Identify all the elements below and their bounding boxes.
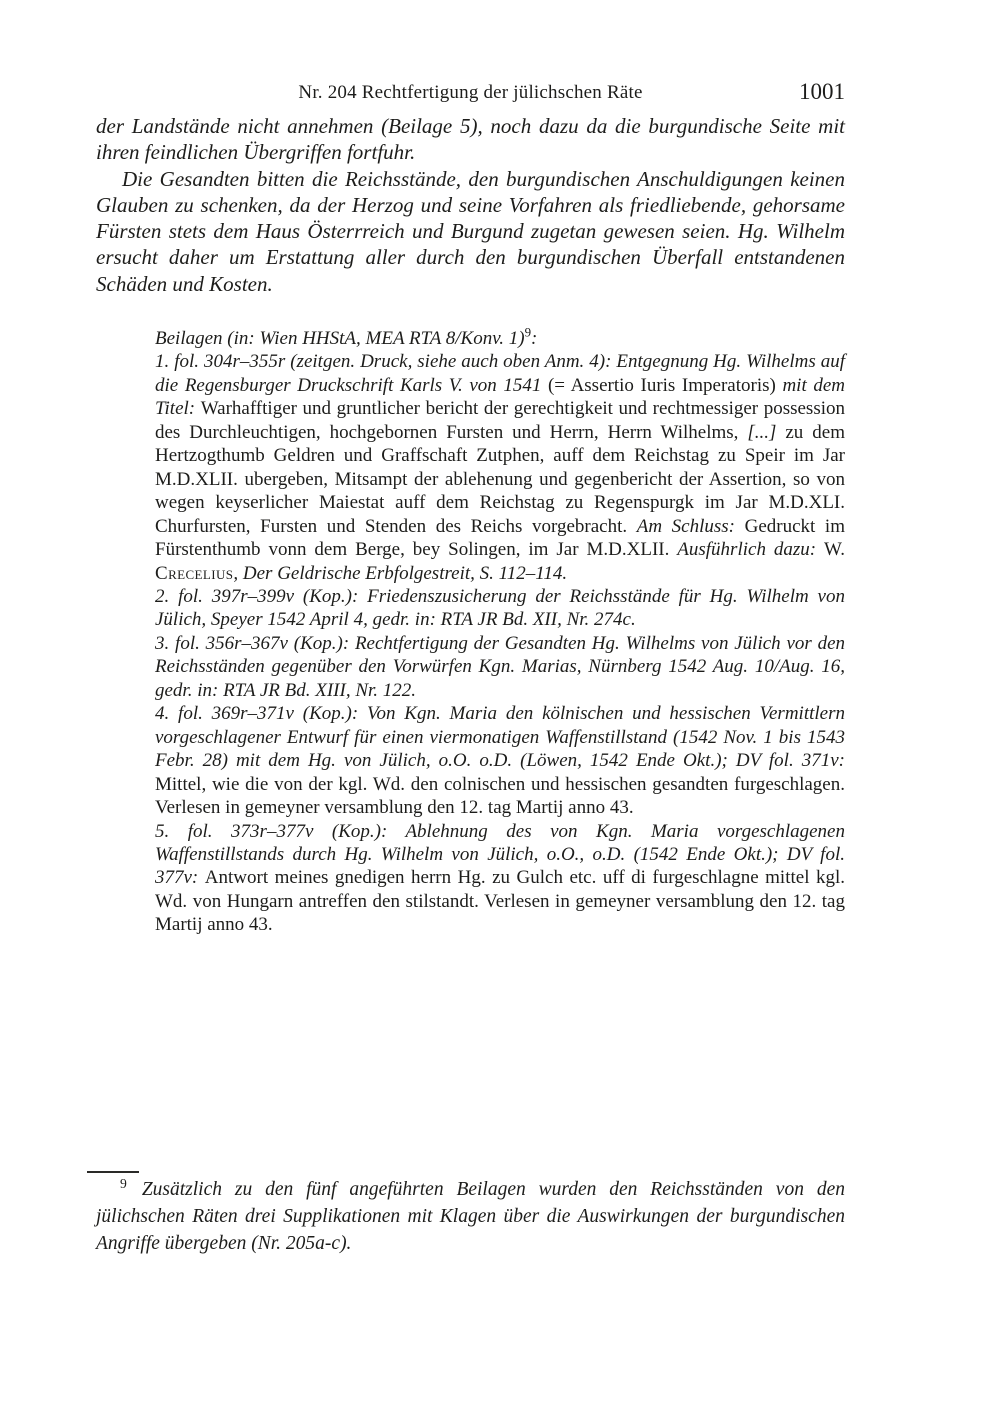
text-run: Mittel, wie die von der kgl. Wd. den col… bbox=[155, 774, 845, 818]
footnote-area: 9Zusätzlich zu den fünf angeführten Beil… bbox=[96, 1171, 845, 1257]
beilagen-section: Beilagen (in: Wien HHStA, MEA RTA 8/Konv… bbox=[155, 327, 845, 937]
book-page: Nr. 204 Rechtfertigung der jülichschen R… bbox=[0, 0, 1004, 1418]
beilagen-item-4: 4. fol. 369r–371v (Kop.): Von Kgn. Maria… bbox=[155, 702, 845, 819]
text-run: (= Assertio Iuris Imperatoris) bbox=[548, 375, 782, 396]
footnote: 9Zusätzlich zu den fünf angeführten Beil… bbox=[96, 1176, 845, 1257]
text-run: W. bbox=[824, 539, 845, 560]
regest-text: der Landstände nicht annehmen (Beilage 5… bbox=[96, 113, 845, 297]
text-run: Crecelius bbox=[155, 563, 233, 584]
footnote-text: Zusätzlich zu den fünf angeführten Beila… bbox=[96, 1179, 845, 1254]
beilagen-item-1: 1. fol. 304r–355r (zeitgen. Druck, siehe… bbox=[155, 350, 845, 585]
running-header: Nr. 204 Rechtfertigung der jülichschen R… bbox=[96, 80, 845, 106]
page-header: Nr. 204 Rechtfertigung der jülichschen R… bbox=[96, 80, 845, 106]
text-run: , Der Geldrische Erbfolgestreit, S. 112–… bbox=[233, 563, 567, 584]
text-run: 2. fol. 397r–399v (Kop.): Friedenszusich… bbox=[155, 586, 845, 630]
text-run: Ausführlich dazu: bbox=[677, 539, 824, 560]
page-number: 1001 bbox=[799, 79, 845, 105]
beilagen-heading: Beilagen (in: Wien HHStA, MEA RTA 8/Konv… bbox=[155, 327, 845, 350]
beilagen-item-5: 5. fol. 373r–377v (Kop.): Ablehnung des … bbox=[155, 820, 845, 937]
regest-paragraph-1: der Landstände nicht annehmen (Beilage 5… bbox=[96, 113, 845, 166]
regest-paragraph-2: Die Gesandten bitten die Reichsstände, d… bbox=[96, 166, 845, 297]
footnote-rule bbox=[87, 1171, 139, 1173]
text-run: Am Schluss: bbox=[637, 516, 745, 537]
text-run: Warhafftiger und gruntlicher bericht der… bbox=[155, 398, 845, 442]
text-run: [...] bbox=[747, 422, 785, 443]
text-run: Antwort meines gnedigen herrn Hg. zu Gul… bbox=[155, 867, 845, 935]
beilagen-item-3: 3. fol. 356r–367v (Kop.): Rechtfertigung… bbox=[155, 632, 845, 702]
footnote-marker: 9 bbox=[120, 1176, 127, 1191]
text-run: Beilagen (in: Wien HHStA, MEA RTA 8/Konv… bbox=[155, 328, 525, 349]
text-run: 4. fol. 369r–371v (Kop.): Von Kgn. Maria… bbox=[155, 703, 845, 771]
beilagen-item-2: 2. fol. 397r–399v (Kop.): Friedenszusich… bbox=[155, 585, 845, 632]
text-run: : bbox=[531, 328, 537, 349]
text-run: 3. fol. 356r–367v (Kop.): Rechtfertigung… bbox=[155, 633, 845, 701]
